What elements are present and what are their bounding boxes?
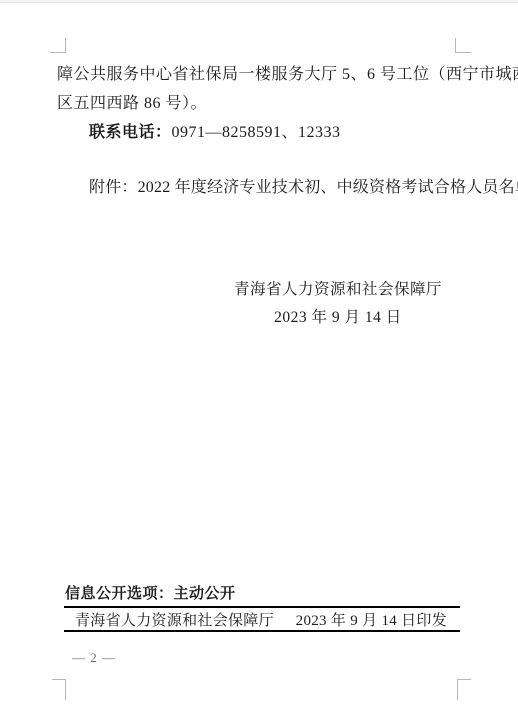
signature-date: 2023 年 9 月 14 日 — [218, 304, 458, 332]
page-number: — 2 — — [72, 650, 116, 666]
body-paragraph-line-2: 区五四西路 86 号）。 — [57, 90, 207, 113]
document-page: 障公共服务中心省社保局一楼服务大厅 5、6 号工位（西宁市城西 区五四西路 86… — [0, 0, 518, 705]
contact-label: 联系电话： — [89, 124, 172, 141]
footer-issuer-row: 青海省人力资源和社会保障厅 2023 年 9 月 14 日印发 — [64, 609, 460, 630]
margin-crop-mark-bottom-right — [457, 679, 471, 700]
footer-rule-bottom — [64, 630, 460, 632]
footer-rule-top — [64, 606, 460, 608]
margin-crop-mark-top-right — [455, 38, 471, 53]
body-paragraph-line-1: 障公共服务中心省社保局一楼服务大厅 5、6 号工位（西宁市城西 — [57, 61, 518, 84]
footer-issuer-name: 青海省人力资源和社会保障厅 — [75, 609, 274, 630]
attachment-reference-line: 附件：2022 年度经济专业技术初、中级资格考试合格人员名单 — [89, 174, 518, 197]
contact-line: 联系电话：0971—8258591、12333 — [89, 119, 341, 142]
viewport-top-edge — [0, 0, 518, 3]
contact-phone-numbers: 0971—8258591、12333 — [172, 124, 341, 141]
disclosure-option-line: 信息公开选项：主动公开 — [65, 582, 236, 603]
margin-crop-mark-bottom-left — [52, 679, 66, 700]
signature-organization: 青海省人力资源和社会保障厅 — [218, 276, 458, 304]
signature-block: 青海省人力资源和社会保障厅 2023 年 9 月 14 日 — [218, 276, 458, 332]
footer-print-date: 2023 年 9 月 14 日印发 — [296, 609, 447, 630]
margin-crop-mark-top-left — [50, 38, 66, 53]
